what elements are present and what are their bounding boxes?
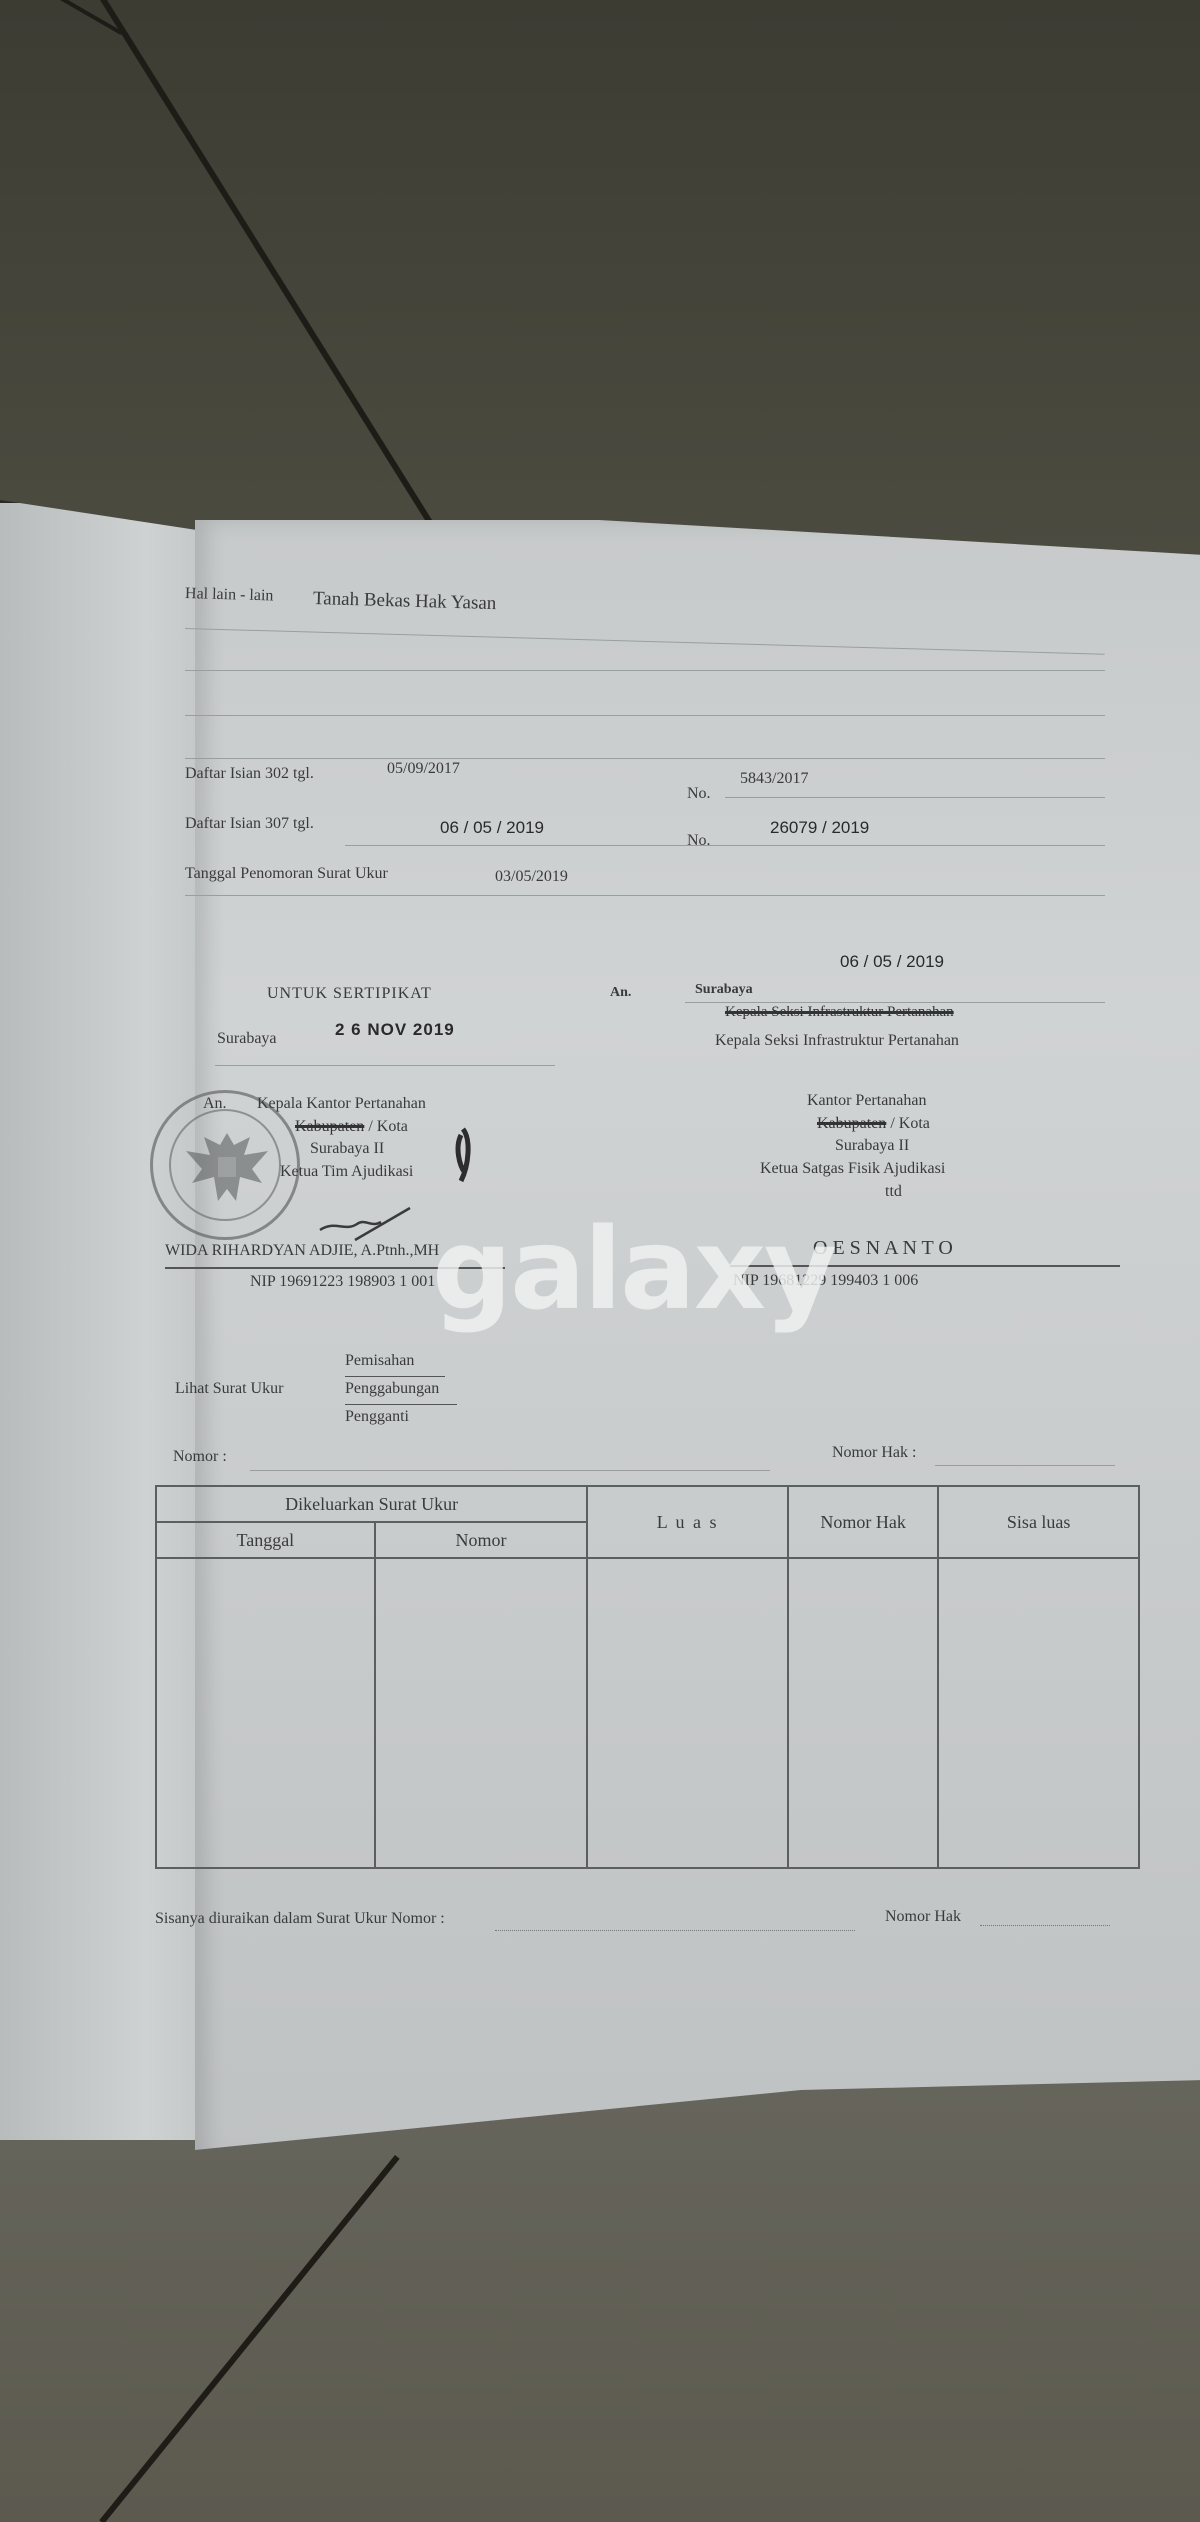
ruled-line <box>215 1065 555 1066</box>
right-office: Kantor Pertanahan <box>807 1092 927 1110</box>
nomor-hak-fill-line <box>935 1465 1115 1466</box>
left-signatory-nip: NIP 19691223 198903 1 001 <box>250 1273 435 1291</box>
galaxy-watermark: galaxy <box>432 1205 835 1335</box>
left-signatory-name: WIDA RIHARDYAN ADJIE, A.Ptnh.,MH <box>165 1242 439 1260</box>
garuda-emblem-icon <box>180 1125 275 1215</box>
date-stamp: 2 6 NOV 2019 <box>335 1020 455 1040</box>
untuk-sertipikat-heading: UNTUK SERTIPIKAT <box>267 985 432 1003</box>
ruled-line <box>185 758 1105 759</box>
daftar-isian-302-no-label: No. <box>687 785 711 803</box>
right-an-label: An. <box>610 985 631 1001</box>
left-title-line3: Surabaya II <box>310 1140 384 1158</box>
daftar-isian-302-label: Daftar Isian 302 tgl. <box>185 765 314 783</box>
nomor-label: Nomor : <box>173 1448 227 1466</box>
daftar-isian-302-number: 5843/2017 <box>740 770 808 788</box>
floor-grout-line <box>99 2155 399 2522</box>
ruled-line <box>185 670 1105 671</box>
hal-lain-value: Tanah Bekas Hak Yasan <box>313 588 497 615</box>
tanggal-penomoran-date: 03/05/2019 <box>495 868 568 886</box>
column-header-luas: L u a s <box>587 1486 788 1558</box>
left-city: Surabaya <box>217 1030 277 1048</box>
nomor-fill-line <box>250 1470 770 1471</box>
ruled-line <box>345 845 1105 846</box>
cell-tanggal <box>156 1558 375 1868</box>
option-pengganti: Pengganti <box>345 1408 409 1426</box>
daftar-isian-307-label: Daftar Isian 307 tgl. <box>185 815 314 833</box>
footer-nomor-hak-label: Nomor Hak <box>885 1908 961 1926</box>
daftar-isian-307-number: 26079 / 2019 <box>770 818 869 838</box>
column-header-sisa-luas: Sisa luas <box>938 1486 1139 1558</box>
daftar-isian-302-date: 05/09/2017 <box>387 760 460 778</box>
left-title-struck-kabupaten: Kabupaten <box>295 1118 364 1135</box>
remainder-fill-line <box>495 1930 855 1931</box>
option-penggabungan: Penggabungan <box>345 1380 439 1398</box>
left-title-line4: Ketua Tim Ajudikasi <box>280 1163 413 1181</box>
ruled-line <box>685 1002 1105 1003</box>
table-row <box>156 1558 1139 1868</box>
column-header-nomor-hak: Nomor Hak <box>788 1486 938 1558</box>
right-date: 06 / 05 / 2019 <box>840 952 944 972</box>
remainder-label: Sisanya diuraikan dalam Surat Ukur Nomor… <box>155 1910 445 1928</box>
right-region: / Kota <box>890 1115 930 1132</box>
daftar-isian-307-no-label: No. <box>687 832 711 850</box>
right-title: Kepala Seksi Infrastruktur Pertanahan <box>715 1032 959 1050</box>
footer-nomor-hak-fill-line <box>980 1925 1110 1926</box>
hal-lain-label: Hal lain - lain <box>185 585 274 605</box>
lihat-surat-ukur-label: Lihat Surat Ukur <box>175 1380 283 1398</box>
group-header-dikeluarkan: Dikeluarkan Surat Ukur <box>156 1486 587 1522</box>
floor-grout-line <box>100 0 450 551</box>
option-divider <box>345 1404 457 1405</box>
ruled-line <box>725 797 1105 798</box>
right-struck-title: Kepala Seksi Infrastruktur Pertanahan <box>725 1004 954 1021</box>
left-title-line2: / Kota <box>368 1118 408 1135</box>
left-an-label: An. <box>203 1095 227 1113</box>
column-header-nomor: Nomor <box>375 1522 588 1558</box>
ruled-line <box>185 628 1105 655</box>
right-role: Ketua Satgas Fisik Ajudikasi <box>760 1160 945 1178</box>
left-title-line1: Kepala Kantor Pertanahan <box>257 1095 426 1113</box>
ruled-line <box>185 715 1105 716</box>
cell-luas <box>587 1558 788 1868</box>
daftar-isian-307-date: 06 / 05 / 2019 <box>440 818 544 838</box>
right-city-office: Surabaya II <box>835 1137 909 1155</box>
underlying-page <box>0 500 210 2140</box>
right-struck-kabupaten: Kabupaten <box>817 1115 886 1132</box>
cell-sisa-luas <box>938 1558 1139 1868</box>
right-city: Surabaya <box>695 982 753 998</box>
option-pemisahan: Pemisahan <box>345 1352 414 1370</box>
right-ttd: ttd <box>885 1183 902 1201</box>
signature-mark-icon <box>445 1125 485 1185</box>
tanggal-penomoran-label: Tanggal Penomoran Surat Ukur <box>185 865 388 883</box>
option-divider <box>345 1376 445 1377</box>
document-content: Hal lain - lain Tanah Bekas Hak Yasan Da… <box>195 520 1200 2160</box>
nomor-hak-label: Nomor Hak : <box>832 1444 916 1462</box>
surat-ukur-table: Dikeluarkan Surat Ukur L u a s Nomor Hak… <box>155 1485 1140 1869</box>
column-header-tanggal: Tanggal <box>156 1522 375 1558</box>
cell-nomor-hak <box>788 1558 938 1868</box>
ruled-line <box>185 895 1105 896</box>
cell-nomor <box>375 1558 588 1868</box>
